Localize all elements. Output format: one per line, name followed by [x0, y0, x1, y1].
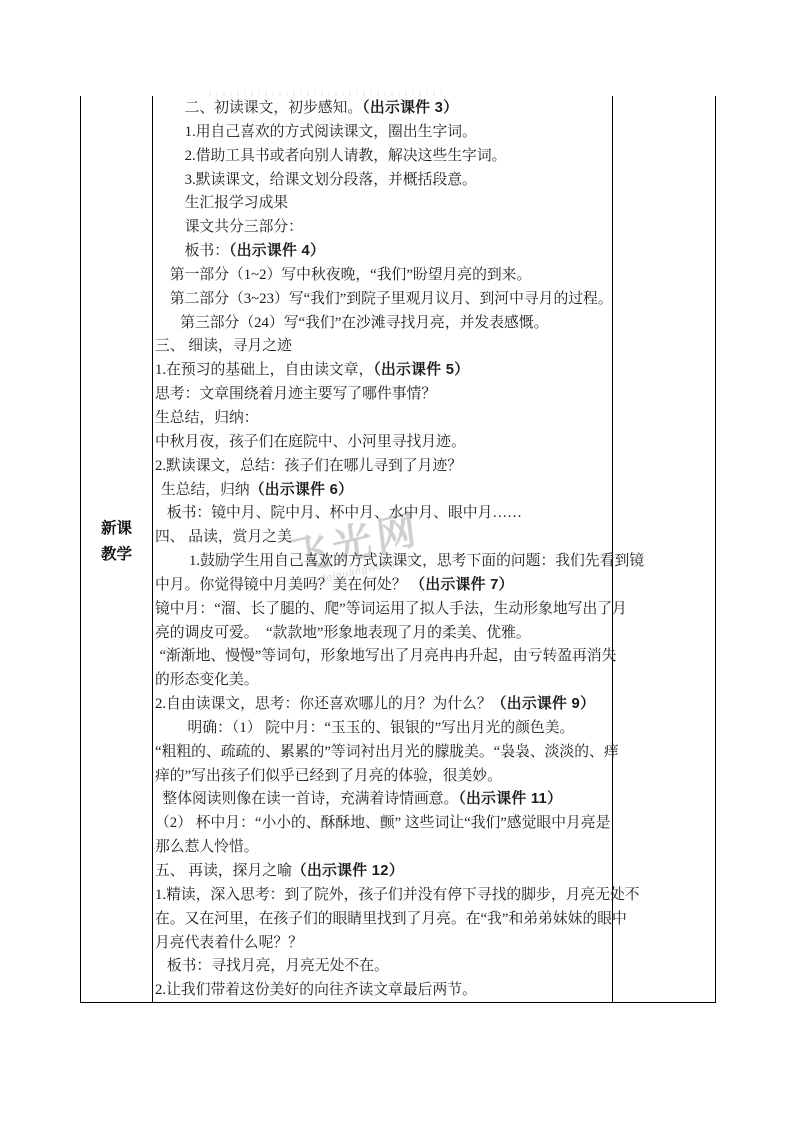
content-line: 2.默读课文，总结：孩子们在哪儿寻到了月迹？ — [155, 455, 612, 479]
content-text: 板书： — [185, 243, 229, 259]
content-line: 2.自由读课文，思考：你还喜欢哪儿的月？为什么？（出示课件 9） — [155, 693, 612, 717]
courseware-callout: （出示课件 11） — [458, 791, 562, 807]
content-text: 生总结，归纳： — [155, 410, 259, 426]
content-line: 板书：镜中月、院中月、杯中月、水中月、眼中月…… — [155, 502, 612, 526]
content-line: （2） 杯中月：“小小的、酥酥地、颤” 这些词让“我们”感觉眼中月亮是 — [155, 812, 612, 836]
content-line: 中月。你觉得镜中月美吗？美在何处？ （出示课件 7） — [155, 574, 612, 598]
content-line: 生总结，归纳（出示课件 6） — [155, 479, 612, 503]
content-text: 板书：镜中月、院中月、杯中月、水中月、眼中月…… — [167, 505, 522, 521]
content-line: 第一部分（1~2）写中秋夜晚，“我们”盼望月亮的到来。 — [155, 264, 612, 288]
content-text: “粗粗的、疏疏的、累累的”等词衬出月光的朦胧美。“袅袅、淡淡的、痒 — [155, 744, 619, 760]
content-text: 中月。你觉得镜中月美吗？美在何处？ — [155, 577, 410, 593]
content-line: 3.默读课文，给课文划分段落，并概括段意。 — [155, 169, 612, 193]
content-line: 生总结，归纳： — [155, 407, 612, 431]
content-text: 痒的”写出孩子们似乎已经到了月亮的体验，很美妙。 — [155, 768, 502, 784]
content-line: 二、初读课文，初步感知。（出示课件 3） — [155, 97, 612, 121]
content-text: 3.默读课文，给课文划分段落，并概括段意。 — [185, 172, 477, 188]
content-line: 三、 细读，寻月之迹 — [155, 335, 612, 359]
content-text: 月亮代表着什么呢？？ — [155, 935, 303, 951]
content-line: 痒的”写出孩子们似乎已经到了月亮的体验，很美妙。 — [155, 765, 612, 789]
content-text: （2） 杯中月：“小小的、酥酥地、颤” 这些词让“我们”感觉眼中月亮是 — [155, 815, 610, 831]
content-text: 思考：文章围绕着月迹主要写了哪件事情？ — [155, 386, 436, 402]
lesson-plan-table: 新课 教学 二、初读课文，初步感知。（出示课件 3）1.用自己喜欢的方式阅读课文… — [80, 96, 716, 1003]
courseware-callout: （出示课件 4） — [229, 243, 325, 259]
content-text: 板书：寻找月亮，月亮无处不在。 — [167, 958, 389, 974]
content-text: 中秋月夜，孩子们在庭院中、小河里寻找月迹。 — [155, 434, 466, 450]
content-text: 2.自由读课文，思考：你还喜欢哪儿的月？为什么？ — [155, 696, 492, 712]
content-text: 第三部分（24）写“我们”在沙滩寻找月亮，并发表感慨。 — [180, 315, 548, 331]
content-text: 五、 再读，探月之喻 — [155, 863, 292, 879]
content-text: 镜中月：“溜、长了腿的、爬”等词运用了拟人手法，生动形象地写出了月 — [155, 601, 627, 617]
content-text: 那么惹人怜惜。 — [155, 839, 259, 855]
content-line: 四、 品读，赏月之美 — [155, 526, 612, 550]
stage-label-line1: 新课 — [101, 516, 132, 542]
content-text: 在。又在河里，在孩子们的眼睛里找到了月亮。在“我”和弟弟妹妹的眼中 — [155, 911, 627, 927]
content-line: 第三部分（24）写“我们”在沙滩寻找月亮，并发表感慨。 — [155, 312, 612, 336]
content-line: “粗粗的、疏疏的、累累的”等词衬出月光的朦胧美。“袅袅、淡淡的、痒 — [155, 741, 612, 765]
content-text: 三、 细读，寻月之迹 — [155, 338, 292, 354]
content-line: 思考：文章围绕着月迹主要写了哪件事情？ — [155, 383, 612, 407]
content-line: 1.在预习的基础上，自由读文章，（出示课件 5） — [155, 359, 612, 383]
lesson-content-cell: 二、初读课文，初步感知。（出示课件 3）1.用自己喜欢的方式阅读课文，圈出生字词… — [153, 96, 613, 1002]
content-line: 板书：（出示课件 4） — [155, 240, 612, 264]
courseware-callout: （出示课件 7） — [410, 577, 514, 593]
content-line: 镜中月：“溜、长了腿的、爬”等词运用了拟人手法，生动形象地写出了月 — [155, 598, 612, 622]
content-text: 2.借助工具书或者向别人请教，解决这些生字词。 — [185, 148, 507, 164]
content-line: 2.借助工具书或者向别人请教，解决这些生字词。 — [155, 145, 612, 169]
content-line: 1.用自己喜欢的方式阅读课文，圈出生字词。 — [155, 121, 612, 145]
content-line: 生汇报学习成果 — [155, 192, 612, 216]
content-line: 在。又在河里，在孩子们的眼睛里找到了月亮。在“我”和弟弟妹妹的眼中 — [155, 908, 612, 932]
content-text: 2.让我们带着这份美好的向往齐读文章最后两节。 — [155, 982, 477, 998]
stage-column-cell: 新课 教学 — [80, 96, 153, 1002]
document-page: 飞光网 www.feiguangwang.com 新课 教学 二、初读课文，初步… — [0, 0, 793, 1122]
content-text: 二、初读课文，初步感知。 — [185, 100, 363, 116]
content-line: 月亮代表着什么呢？？ — [155, 932, 612, 956]
content-line: 1.鼓励学生用自己喜欢的方式读课文，思考下面的问题：我们先看到镜 — [155, 550, 612, 574]
content-line: “渐渐地、慢慢”等词句，形象地写出了月亮冉冉升起，由亏转盈再消失 — [155, 645, 612, 669]
content-line: 亮的调皮可爱。 “款款地”形象地表现了月的柔美、优雅。 — [155, 622, 612, 646]
content-line: 课文共分三部分： — [155, 216, 612, 240]
content-text: 生总结，归纳 — [161, 482, 250, 498]
content-text: 1.用自己喜欢的方式阅读课文，圈出生字词。 — [185, 124, 477, 140]
courseware-callout: （出示课件 6） — [250, 482, 354, 498]
content-line: 五、 再读，探月之喻（出示课件 12） — [155, 860, 612, 884]
content-text: 1.鼓励学生用自己喜欢的方式读课文，思考下面的问题：我们先看到镜 — [189, 553, 644, 569]
content-line: 明确：（1） 院中月：“玉玉的、银银的”写出月光的颜色美。 — [155, 717, 612, 741]
courseware-callout: （出示课件 3） — [362, 100, 458, 116]
content-text: 第二部分（3~23）写“我们”到院子里观月议月、到河中寻月的过程。 — [170, 291, 613, 307]
content-text: 第一部分（1~2）写中秋夜晚，“我们”盼望月亮的到来。 — [170, 267, 531, 283]
stage-label-line2: 教学 — [101, 542, 132, 568]
content-text: 2.默读课文，总结：孩子们在哪儿寻到了月迹？ — [155, 458, 462, 474]
content-line: 那么惹人怜惜。 — [155, 836, 612, 860]
courseware-callout: （出示课件 5） — [373, 362, 469, 378]
content-line: 中秋月夜，孩子们在庭院中、小河里寻找月迹。 — [155, 431, 612, 455]
content-text: 课文共分三部分： — [185, 219, 303, 235]
notes-column-cell — [613, 96, 716, 1002]
content-text: 明确：（1） 院中月：“玉玉的、银银的”写出月光的颜色美。 — [188, 720, 575, 736]
content-line: 第二部分（3~23）写“我们”到院子里观月议月、到河中寻月的过程。 — [155, 288, 612, 312]
content-line: 整体阅读则像在读一首诗，充满着诗情画意。（出示课件 11） — [155, 788, 612, 812]
courseware-callout: （出示课件 12） — [292, 863, 404, 879]
content-text: 1.精读，深入思考：到了院外，孩子们并没有停下寻找的脚步，月亮无处不 — [155, 887, 640, 903]
content-line: 2.让我们带着这份美好的向往齐读文章最后两节。 — [155, 979, 612, 1003]
content-text: “渐渐地、慢慢”等词句，形象地写出了月亮冉冉升起，由亏转盈再消失 — [159, 648, 616, 664]
content-text: 亮的调皮可爱。 “款款地”形象地表现了月的柔美、优雅。 — [155, 625, 531, 641]
content-text: 的形态变化美。 — [155, 672, 259, 688]
content-text: 四、 品读，赏月之美 — [155, 529, 292, 545]
stage-label: 新课 教学 — [101, 516, 132, 568]
content-line: 板书：寻找月亮，月亮无处不在。 — [155, 955, 612, 979]
content-line: 的形态变化美。 — [155, 669, 612, 693]
content-text: 生汇报学习成果 — [185, 195, 289, 211]
content-line: 1.精读，深入思考：到了院外，孩子们并没有停下寻找的脚步，月亮无处不 — [155, 884, 612, 908]
content-text: 1.在预习的基础上，自由读文章， — [155, 362, 373, 378]
content-text: 整体阅读则像在读一首诗，充满着诗情画意。 — [162, 791, 458, 807]
courseware-callout: （出示课件 9） — [492, 696, 596, 712]
